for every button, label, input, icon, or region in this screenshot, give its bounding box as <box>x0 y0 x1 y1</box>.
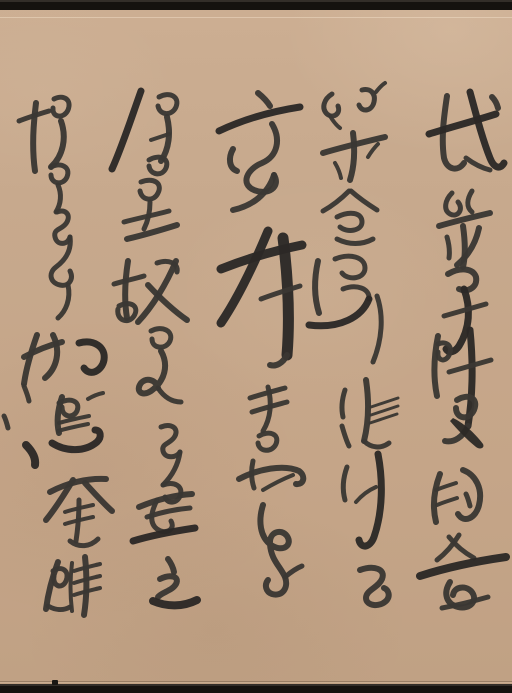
brush-stroke <box>324 94 339 116</box>
brush-stroke <box>125 261 128 318</box>
char-da-bold <box>221 231 302 366</box>
char-tao <box>112 91 177 174</box>
brush-stroke <box>343 467 347 500</box>
brush-stroke <box>350 133 354 180</box>
brush-stroke <box>26 445 35 465</box>
brush-stroke <box>420 557 506 576</box>
char-chain-so <box>51 211 71 318</box>
brush-stroke <box>112 91 141 169</box>
brush-stroke <box>133 528 195 541</box>
brush-stroke <box>79 342 104 372</box>
brush-stroke <box>351 191 377 210</box>
brush-stroke <box>429 114 496 134</box>
brush-stroke <box>58 285 69 318</box>
brush-stroke <box>258 433 277 450</box>
char-wu-nothing <box>133 494 195 541</box>
char-chun <box>250 387 287 450</box>
brush-stroke <box>53 97 69 116</box>
column-3 <box>219 93 303 595</box>
brush-stroke <box>335 256 365 278</box>
char-wang <box>219 93 300 210</box>
brush-stroke <box>139 351 165 393</box>
brush-stroke <box>335 163 341 178</box>
calligraphy-scroll-scan: ink-brush calligraphy on tan paper <box>0 0 512 693</box>
column-1 <box>420 92 506 608</box>
brush-stroke <box>359 90 374 110</box>
brush-stroke <box>48 606 70 610</box>
brush-stroke <box>24 386 29 401</box>
brush-stroke <box>50 479 106 492</box>
char-shi <box>323 191 377 244</box>
brush-stroke <box>371 398 398 407</box>
brush-stroke <box>342 390 345 417</box>
calligraphy-artwork <box>0 0 512 693</box>
char-fu <box>420 535 506 608</box>
brush-stroke <box>51 165 68 183</box>
char-duo <box>46 479 112 546</box>
brush-stroke <box>463 226 465 267</box>
brush-stroke <box>71 563 73 611</box>
brush-stroke <box>456 397 475 418</box>
char-kana-ri-tail <box>260 505 302 595</box>
char-xi <box>309 256 381 362</box>
brush-stroke <box>437 498 457 505</box>
char-yi <box>324 83 385 128</box>
char-xiong <box>46 557 100 615</box>
brush-stroke <box>323 191 349 211</box>
brush-stroke <box>337 239 373 244</box>
brush-stroke <box>285 566 302 577</box>
brush-stroke <box>140 180 159 199</box>
brush-stroke <box>127 225 177 239</box>
brush-stroke <box>219 107 300 131</box>
brush-stroke <box>59 400 78 416</box>
brush-stroke <box>114 276 144 284</box>
brush-stroke <box>492 97 498 108</box>
brush-stroke <box>56 185 60 212</box>
brush-stroke <box>230 149 237 171</box>
brush-stroke <box>315 261 319 313</box>
char-qu <box>114 261 187 322</box>
brush-stroke <box>446 193 461 215</box>
brush-stroke <box>468 191 472 212</box>
char-zhi-go <box>153 559 197 605</box>
char-ting <box>343 454 381 546</box>
char-zi <box>444 269 486 351</box>
brush-stroke <box>252 461 254 488</box>
char-wu <box>429 92 504 170</box>
brush-stroke <box>58 424 88 431</box>
brush-stroke <box>88 393 103 399</box>
brush-stroke <box>447 237 449 258</box>
brush-stroke <box>457 228 479 265</box>
column-4 <box>112 91 197 605</box>
brush-stroke <box>263 475 293 490</box>
brush-stroke <box>258 93 270 106</box>
brush-stroke <box>139 494 192 507</box>
brush-stroke <box>368 144 378 157</box>
brush-stroke <box>158 576 177 597</box>
brush-stroke <box>356 487 376 502</box>
column-5 <box>4 97 112 615</box>
brush-stroke <box>343 287 369 299</box>
char-zhu <box>439 191 490 267</box>
brush-stroke <box>151 329 171 348</box>
char-kana-ru <box>360 568 389 605</box>
char-niao <box>26 393 103 465</box>
brush-stroke <box>161 117 169 161</box>
brush-stroke <box>153 600 197 605</box>
char-xi-river <box>342 380 398 447</box>
brush-stroke <box>360 568 389 605</box>
brush-stroke <box>434 474 440 522</box>
brush-stroke <box>337 213 362 230</box>
char-zhi-chain <box>161 426 181 503</box>
char-diao <box>434 470 480 522</box>
char-zhang <box>19 97 69 212</box>
brush-stroke <box>359 454 381 546</box>
char-zu <box>139 329 181 402</box>
brush-stroke <box>4 416 8 428</box>
column-2 <box>309 83 398 605</box>
brush-stroke <box>158 95 177 114</box>
brush-stroke <box>260 505 288 595</box>
brush-stroke <box>270 355 287 366</box>
brush-stroke <box>51 121 64 167</box>
brush-stroke <box>466 494 470 506</box>
brush-stroke <box>149 157 167 174</box>
brush-stroke <box>342 426 349 446</box>
brush-stroke <box>221 231 268 323</box>
brush-stroke <box>376 83 385 92</box>
brush-stroke <box>168 559 174 572</box>
char-ping <box>323 133 385 180</box>
brush-stroke <box>53 569 67 586</box>
brush-stroke <box>373 296 381 362</box>
brush-stroke <box>466 158 490 170</box>
brush-stroke <box>161 426 180 457</box>
char-shi-this <box>124 180 177 239</box>
brush-stroke <box>458 470 480 519</box>
brush-stroke <box>364 441 389 447</box>
char-kana-ya <box>239 461 303 490</box>
brush-stroke <box>283 238 288 355</box>
brush-stroke <box>364 380 368 441</box>
brush-stroke <box>45 335 57 378</box>
brush-stroke <box>158 388 181 402</box>
brush-stroke <box>261 286 300 299</box>
brush-stroke <box>24 335 37 384</box>
